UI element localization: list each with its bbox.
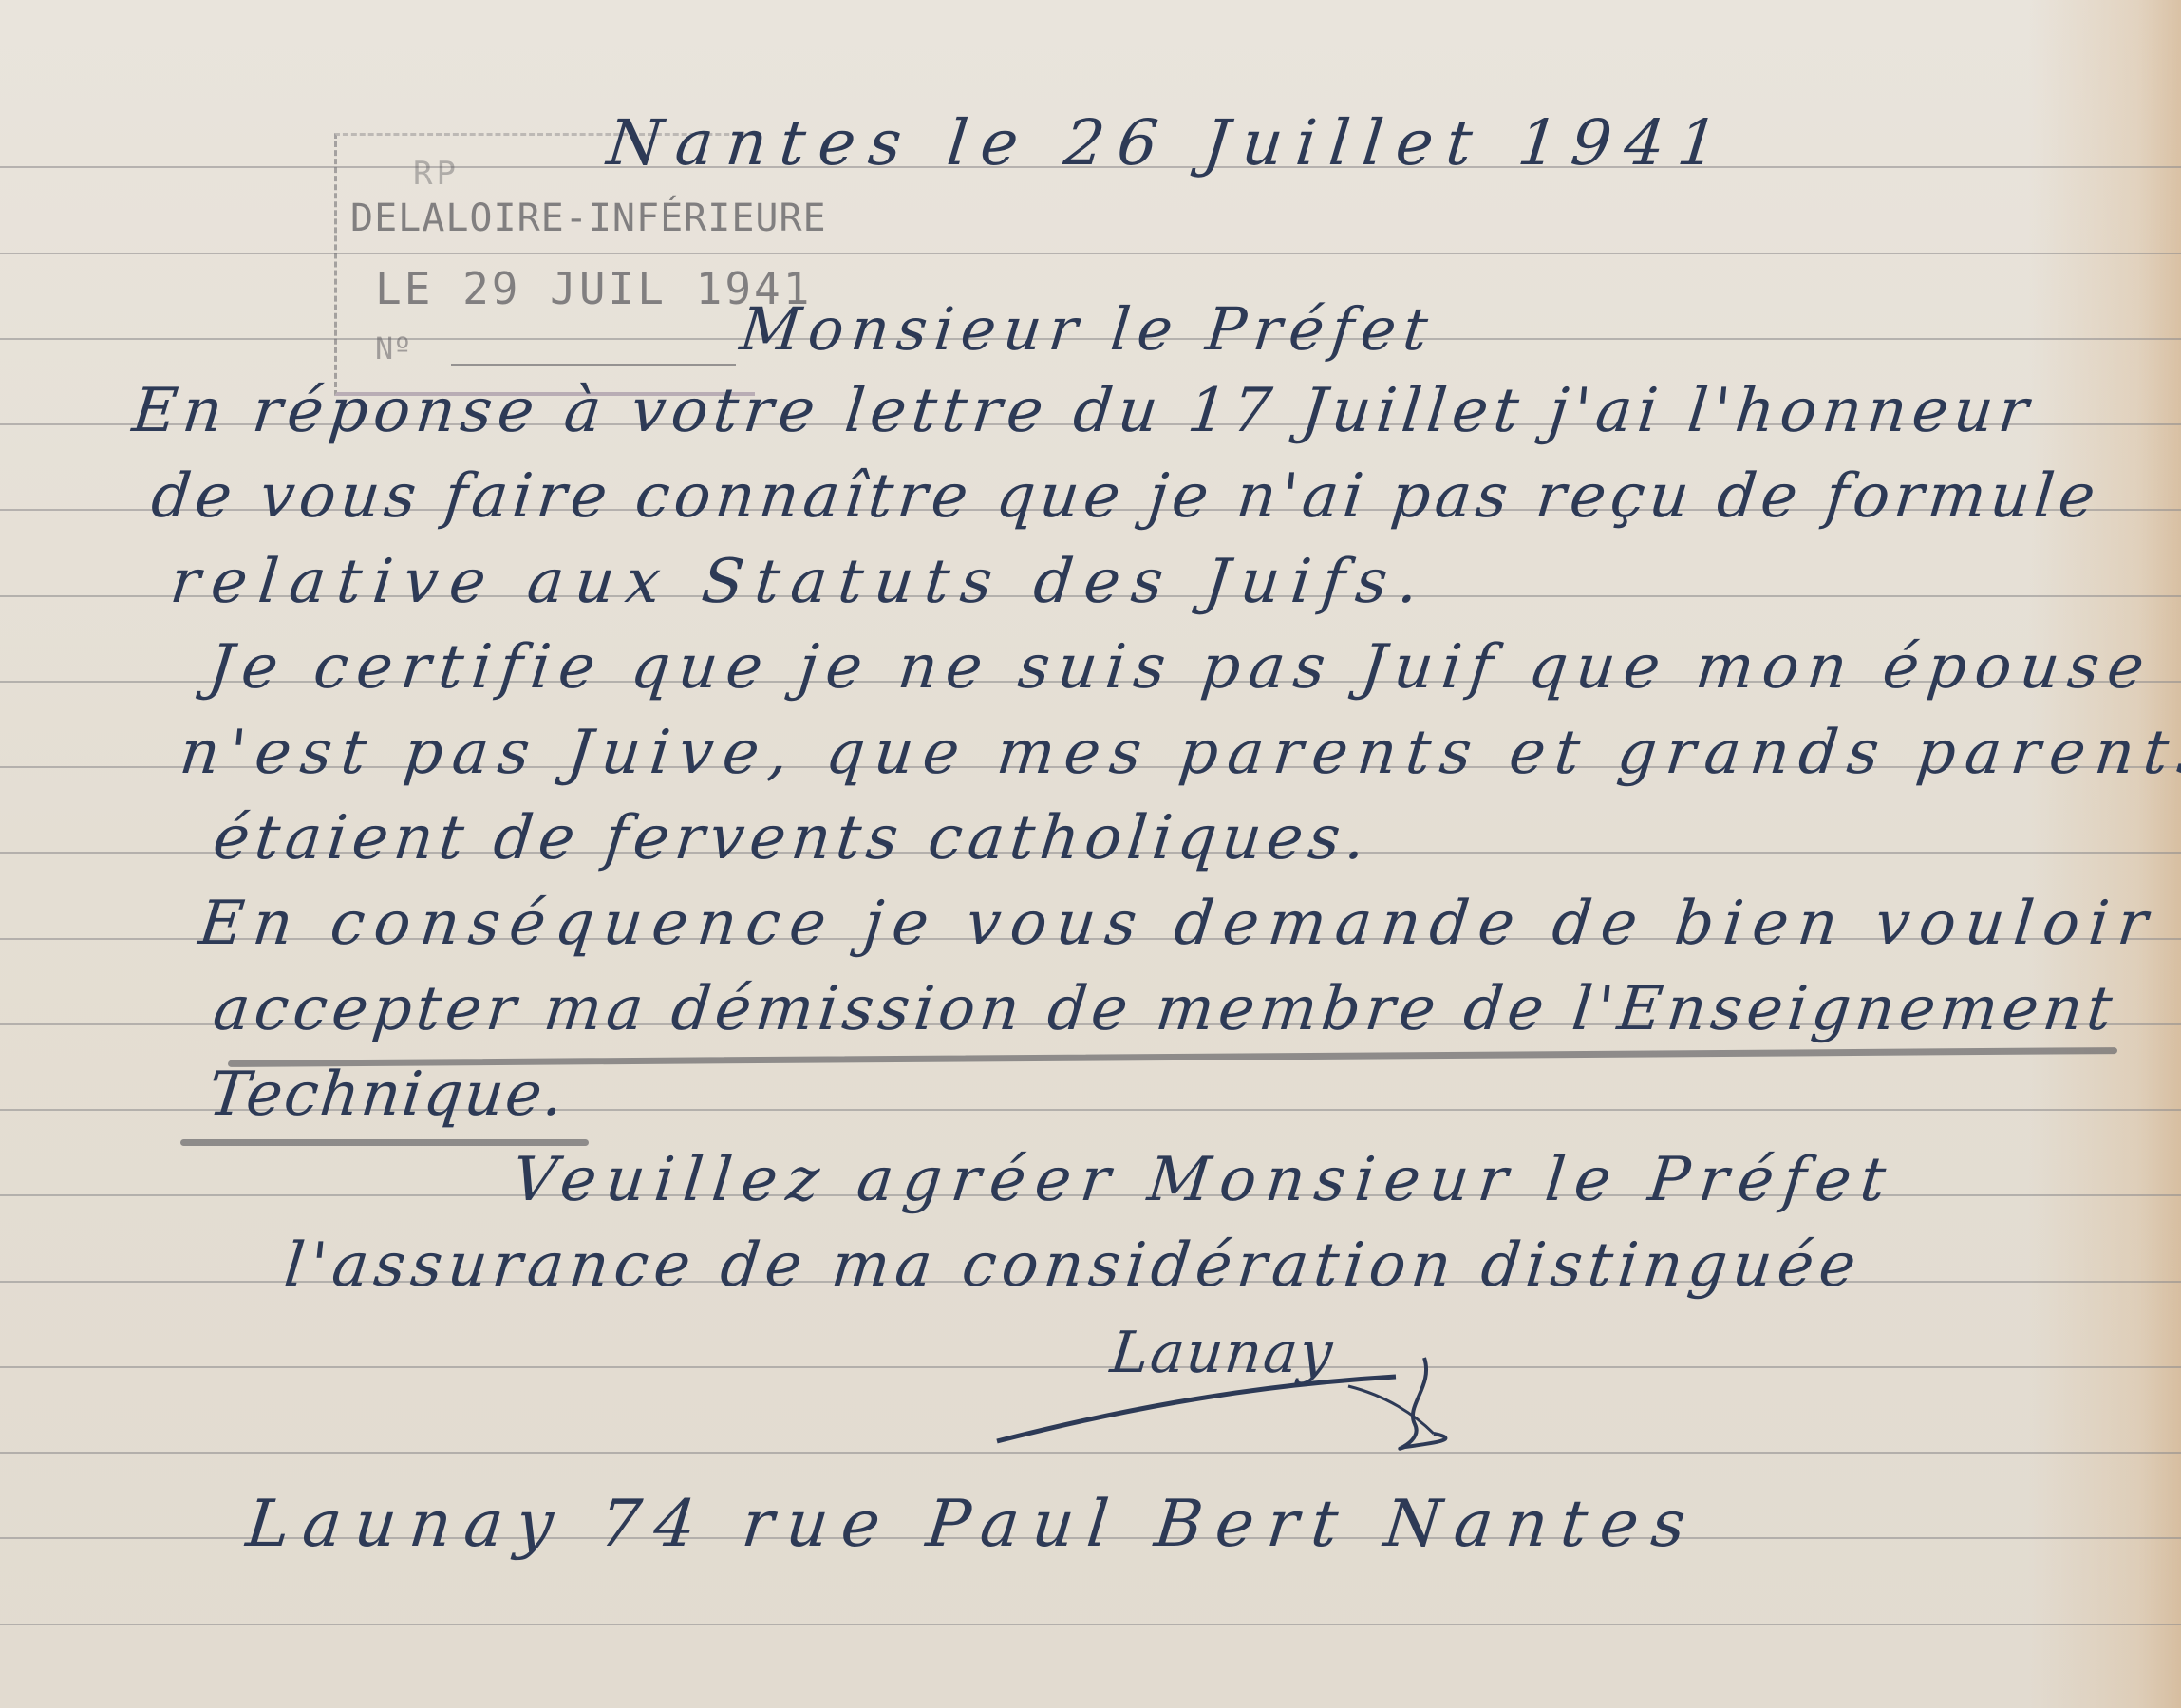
closing-line: Veuillez agréer Monsieur le Préfet bbox=[509, 1145, 1898, 1215]
closing-line: l'assurance de ma considération distingu… bbox=[281, 1230, 1865, 1301]
stamp-line-1: RP bbox=[413, 155, 460, 193]
ruled-line bbox=[0, 253, 2181, 254]
body-line: En réponse à votre lettre du 17 Juillet … bbox=[129, 376, 2037, 446]
signature-flourish bbox=[987, 1348, 1481, 1462]
body-line: Technique. bbox=[205, 1060, 569, 1130]
place-date: Nantes le 26 Juillet 1941 bbox=[604, 106, 1735, 179]
body-line: de vous faire connaître que je n'ai pas … bbox=[148, 461, 2103, 532]
ruled-line bbox=[0, 1624, 2181, 1625]
body-line: étaient de fervents catholiques. bbox=[210, 803, 1374, 873]
letter-page: RP DELALOIRE-INFÉRIEURE LE 29 JUIL 1941 … bbox=[0, 0, 2181, 1708]
body-line: En conséquence je vous demande de bien v… bbox=[196, 889, 2160, 959]
sender-address: Launay 74 rue Paul Bert Nantes bbox=[243, 1487, 1702, 1562]
stamp-line-2: DELALOIRE-INFÉRIEURE bbox=[350, 197, 827, 240]
body-line: relative aux Statuts des Juifs. bbox=[167, 547, 1433, 617]
stamp-number-label: Nº bbox=[375, 330, 412, 366]
body-line: accepter ma démission de membre de l'Ens… bbox=[210, 974, 2120, 1044]
salutation: Monsieur le Préfet bbox=[737, 294, 1438, 364]
stamp-number-line bbox=[451, 364, 736, 366]
body-line: Je certifie que je ne suis pas Juif que … bbox=[205, 632, 2155, 703]
body-line: n'est pas Juive, que mes parents et gran… bbox=[177, 718, 2181, 788]
